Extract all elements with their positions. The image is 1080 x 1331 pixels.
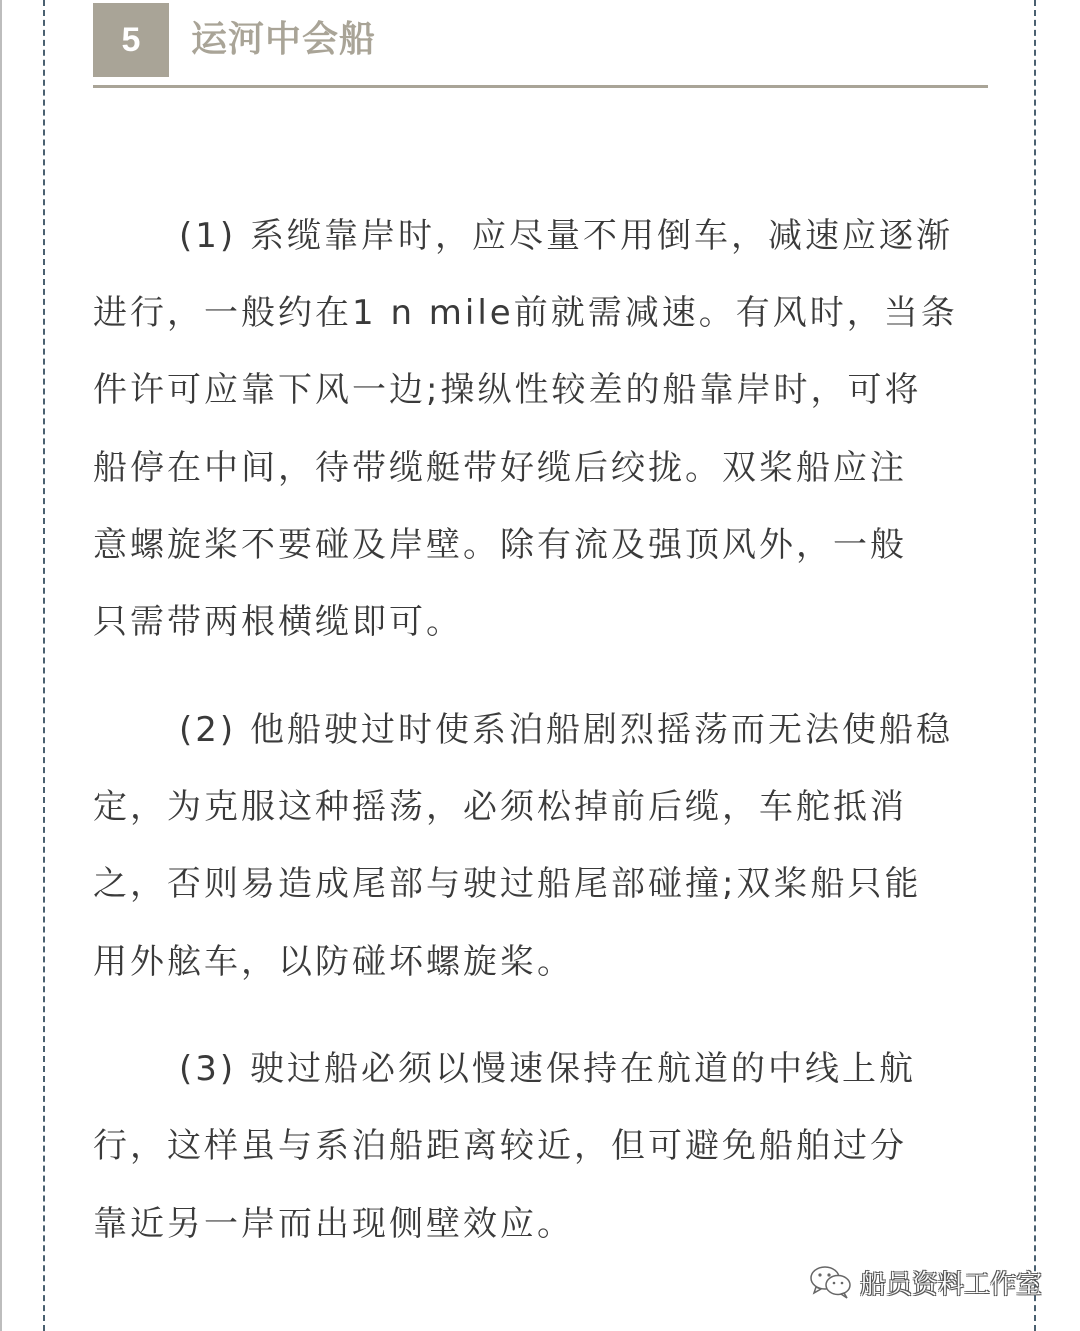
section-title: 运河中会船 <box>191 17 376 63</box>
dashed-border-right <box>1034 0 1036 1331</box>
watermark: 船员资料工作室 <box>808 1262 1042 1302</box>
page-edge <box>0 0 2 1331</box>
paragraph-line: (3) 驶过船必须以慢速保持在航道的中线上航 <box>179 1047 916 1091</box>
paragraph-line: 进行，一般约在1 n mile前就需减速。有风时，当条 <box>93 291 958 335</box>
paragraph-line: (1) 系缆靠岸时，应尽量不用倒车，减速应逐渐 <box>179 214 953 258</box>
paragraph-line: 件许可应靠下风一边;操纵性较差的船靠岸时，可将 <box>93 368 921 412</box>
paragraph-line: 只需带两根横缆即可。 <box>93 600 463 644</box>
paragraph-line: 船停在中间，待带缆艇带好缆后绞拢。双桨船应注 <box>93 446 907 490</box>
paragraph-line: 靠近另一岸而出现侧壁效应。 <box>93 1202 574 1246</box>
section-number-badge: 5 <box>93 3 169 77</box>
section-header: 5 运河中会船 <box>93 3 988 93</box>
paragraph-line: 之，否则易造成尾部与驶过船尾部碰撞;双桨船只能 <box>93 862 921 906</box>
header-divider <box>93 85 988 88</box>
paragraph-line: 定，为克服这种摇荡，必须松掉前后缆，车舵抵消 <box>93 785 907 829</box>
paragraph-line: 行，这样虽与系泊船距离较近，但可避免船舶过分 <box>93 1124 907 1168</box>
paragraph-line: (2) 他船驶过时使系泊船剧烈摇荡而无法使船稳 <box>179 708 953 752</box>
wechat-icon <box>808 1264 854 1300</box>
dashed-border-left <box>43 0 45 1331</box>
watermark-text: 船员资料工作室 <box>860 1264 1042 1301</box>
paragraph-line: 意螺旋桨不要碰及岸壁。除有流及强顶风外，一般 <box>93 523 907 567</box>
paragraph-line: 用外舷车，以防碰坏螺旋桨。 <box>93 940 574 984</box>
